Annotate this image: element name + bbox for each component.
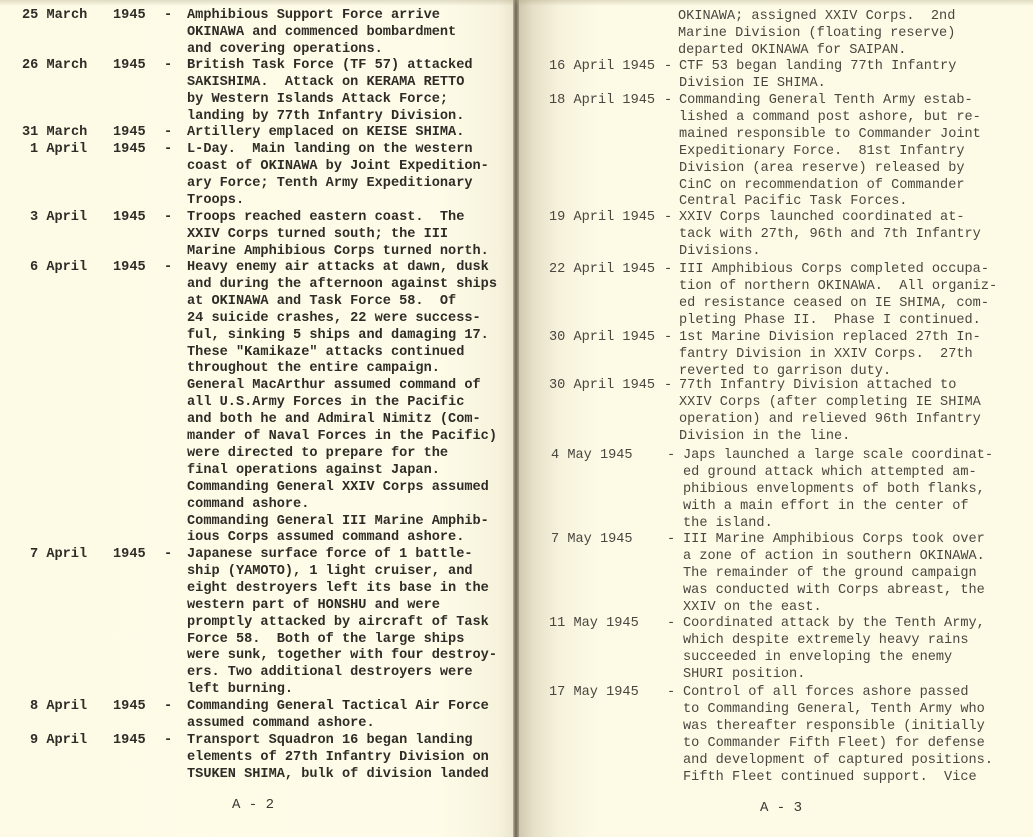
- entry-date: 30 April 1945: [549, 330, 655, 347]
- entry-text-line: ious Corps assumed command ashore.: [187, 530, 464, 547]
- entry-text-line: Expeditionary Force. 81st Infantry: [679, 144, 965, 161]
- entry-date: 25 March: [22, 8, 87, 25]
- entry-text-line: Force 58. Both of the large ships: [187, 632, 464, 649]
- entry-text-line: a zone of action in southern OKINAWA.: [683, 549, 985, 566]
- entry-text-line: TSUKEN SHIMA, bulk of division landed: [187, 767, 489, 784]
- timeline-entry: 6 April1945-Heavy enemy air attacks at d…: [0, 260, 514, 547]
- entry-year: 1945: [113, 260, 146, 277]
- entry-date: 19 April 1945: [549, 210, 655, 227]
- entry-text-line: Commanding General XXIV Corps assumed: [187, 480, 489, 497]
- entry-date: 1 April: [30, 142, 87, 159]
- entry-date: 31 March: [22, 125, 87, 142]
- entry-dash: -: [664, 59, 672, 76]
- entry-text-line: succeeded in enveloping the enemy: [683, 650, 952, 667]
- entry-dash: -: [164, 699, 172, 716]
- entry-text-line: III Marine Amphibious Corps took over: [683, 532, 985, 549]
- timeline-entry: 8 April1945-Commanding General Tactical …: [0, 699, 514, 733]
- entry-year: 1945: [113, 699, 146, 716]
- entry-text-line: Division (area reserve) released by: [679, 161, 965, 178]
- timeline-entry: 9 April1945-Transport Squadron 16 began …: [0, 733, 514, 784]
- entry-dash: -: [667, 532, 675, 549]
- entry-dash: -: [667, 616, 675, 633]
- entry-text-line: Coordinated attack by the Tenth Army,: [683, 616, 985, 633]
- entry-year: 1945: [113, 210, 146, 227]
- entry-text-line: SAKISHIMA. Attack on KERAMA RETTO: [187, 75, 464, 92]
- entry-text-line: OKINAWA and commenced bombardment: [187, 25, 456, 42]
- entry-text-line: General MacArthur assumed command of: [187, 378, 481, 395]
- entry-text-line: Division IE SHIMA.: [679, 76, 826, 93]
- entry-text-line: Japs launched a large scale coordinat-: [683, 448, 993, 465]
- page-number-left: A - 2: [232, 797, 274, 813]
- entry-dash: -: [664, 210, 672, 227]
- entry-date: 30 April 1945: [549, 378, 655, 395]
- entry-dash: -: [164, 8, 172, 25]
- entry-dash: -: [664, 262, 672, 279]
- entry-text-line: XXIV Corps turned south; the III: [187, 227, 448, 244]
- entry-text-line: OKINAWA; assigned XXIV Corps. 2nd: [678, 9, 955, 26]
- entry-text-line: Troops reached eastern coast. The: [187, 210, 464, 227]
- entry-dash: -: [164, 142, 172, 159]
- entry-year: 1945: [113, 8, 146, 25]
- entry-text-line: Commanding General Tactical Air Force: [187, 699, 489, 716]
- entry-date: 16 April 1945: [549, 59, 655, 76]
- entry-text-line: Marine Division (floating reserve): [678, 26, 955, 43]
- entry-text-line: to Commanding General, Tenth Army who: [683, 702, 985, 719]
- entry-text-line: Amphibious Support Force arrive: [187, 8, 440, 25]
- entry-text-line: Fifth Fleet continued support. Vice: [683, 770, 977, 787]
- page-number-right: A - 3: [760, 800, 802, 816]
- entry-text-line: 24 suicide crashes, 22 were success-: [187, 311, 481, 328]
- page-top-shadow: [0, 0, 1033, 6]
- entry-text-line: and both he and Admiral Nimitz (Com-: [187, 412, 481, 429]
- entry-text-line: throughout the entire campaign.: [187, 361, 440, 378]
- timeline-entry: 1 April1945-L-Day. Main landing on the w…: [0, 142, 514, 210]
- entry-text-line: The remainder of the ground campaign: [683, 566, 977, 583]
- entry-text-line: final operations against Japan.: [187, 463, 440, 480]
- entry-text-line: ed resistance ceased on IE SHIMA, com-: [679, 296, 989, 313]
- entry-text-line: the island.: [683, 516, 773, 533]
- entry-dash: -: [164, 547, 172, 564]
- entry-text-line: with a main effort in the center of: [683, 499, 969, 516]
- entry-text-line: were directed to prepare for the: [187, 446, 448, 463]
- entry-text-line: ed ground attack which attempted am-: [683, 465, 977, 482]
- entry-date: 7 April: [30, 547, 87, 564]
- entry-text-line: Troops.: [187, 193, 244, 210]
- entry-text-line: departed OKINAWA for SAIPAN.: [678, 43, 906, 60]
- entry-text-line: tion of northern OKINAWA. All organiz-: [679, 279, 997, 296]
- entry-text-line: landing by 77th Infantry Division.: [187, 109, 464, 126]
- entry-year: 1945: [113, 733, 146, 750]
- entry-date: 9 April: [30, 733, 87, 750]
- entry-year: 1945: [113, 142, 146, 159]
- entry-text-line: western part of HONSHU and were: [187, 598, 440, 615]
- entry-dash: -: [667, 685, 675, 702]
- entry-text-line: promptly attacked by aircraft of Task: [187, 615, 489, 632]
- entry-text-line: elements of 27th Infantry Division on: [187, 750, 489, 767]
- entry-text-line: Central Pacific Task Forces.: [679, 194, 907, 211]
- entry-text-line: British Task Force (TF 57) attacked: [187, 58, 473, 75]
- entry-dash: -: [164, 58, 172, 75]
- entry-text-line: Marine Amphibious Corps turned north.: [187, 244, 489, 261]
- entry-dash: -: [667, 448, 675, 465]
- entry-text-line: tack with 27th, 96th and 7th Infantry: [679, 227, 981, 244]
- entry-text-line: Artillery emplaced on KEISE SHIMA.: [187, 125, 464, 142]
- entry-text-line: pleting Phase II. Phase I continued.: [679, 313, 981, 330]
- entry-dash: -: [664, 378, 672, 395]
- entry-text-line: Japanese surface force of 1 battle-: [187, 547, 473, 564]
- entry-year: 1945: [113, 58, 146, 75]
- entry-text-line: at OKINAWA and Task Force 58. Of: [187, 294, 456, 311]
- entry-text-line: ful, sinking 5 ships and damaging 17.: [187, 328, 489, 345]
- entry-text-line: XXIV Corps launched coordinated at-: [679, 210, 965, 227]
- entry-year: 1945: [113, 125, 146, 142]
- entry-date: 22 April 1945: [549, 262, 655, 279]
- entry-dash: -: [164, 260, 172, 277]
- entry-text-line: 1st Marine Division replaced 27th In-: [679, 330, 981, 347]
- entry-text-line: phibious envelopments of both flanks,: [683, 482, 985, 499]
- entry-text-line: left burning.: [187, 682, 293, 699]
- entry-date: 4 May 1945: [551, 448, 633, 465]
- entry-text-line: These "Kamikaze" attacks continued: [187, 345, 464, 362]
- entry-year: 1945: [113, 547, 146, 564]
- entry-dash: -: [164, 733, 172, 750]
- entry-text-line: all U.S.Army Forces in the Pacific: [187, 395, 464, 412]
- entry-text-line: Transport Squadron 16 began landing: [187, 733, 473, 750]
- entry-text-line: XXIV on the east.: [683, 600, 822, 617]
- entry-text-line: command ashore.: [187, 497, 309, 514]
- entry-dash: -: [164, 210, 172, 227]
- entry-text-line: coast of OKINAWA by Joint Expedition-: [187, 159, 489, 176]
- entry-text-line: Heavy enemy air attacks at dawn, dusk: [187, 260, 489, 277]
- entry-text-line: XXIV Corps (after completing IE SHIMA: [679, 395, 981, 412]
- entry-text-line: SHURI position.: [683, 667, 805, 684]
- entry-date: 26 March: [22, 58, 87, 75]
- entry-text-line: which despite extremely heavy rains: [683, 633, 969, 650]
- entry-text-line: lished a command post ashore, but re-: [679, 110, 981, 127]
- entry-text-line: L-Day. Main landing on the western: [187, 142, 473, 159]
- timeline-entry: 26 March1945-British Task Force (TF 57) …: [0, 58, 514, 126]
- entry-text-line: was conducted with Corps abreast, the: [683, 583, 985, 600]
- entry-dash: -: [664, 330, 672, 347]
- entry-date: 8 April: [30, 699, 87, 716]
- entry-date: 18 April 1945: [549, 93, 655, 110]
- entry-text-line: 77th Infantry Division attached to: [679, 378, 956, 395]
- entry-date: 6 April: [30, 260, 87, 277]
- timeline-entry: 25 March1945-Amphibious Support Force ar…: [0, 8, 514, 59]
- entry-dash: -: [664, 93, 672, 110]
- entry-text-line: were sunk, together with four destroy-: [187, 648, 497, 665]
- entry-text-line: Commanding General Tenth Army estab-: [679, 93, 973, 110]
- entry-text-line: and development of captured positions.: [683, 753, 993, 770]
- entry-date: 7 May 1945: [551, 532, 633, 549]
- entry-text-line: fantry Division in XXIV Corps. 27th: [679, 347, 973, 364]
- entry-text-line: mained responsible to Commander Joint: [679, 127, 981, 144]
- timeline-entry: 31 March1945-Artillery emplaced on KEISE…: [0, 125, 514, 142]
- book-spread: 25 March1945-Amphibious Support Force ar…: [0, 0, 1033, 837]
- entry-text-line: CTF 53 began landing 77th Infantry: [679, 59, 956, 76]
- entry-date: 11 May 1945: [549, 616, 639, 633]
- entry-text-line: Commanding General III Marine Amphib-: [187, 514, 489, 531]
- entry-text-line: operation) and relieved 96th Infantry: [679, 412, 981, 429]
- timeline-entry: 3 April1945-Troops reached eastern coast…: [0, 210, 514, 261]
- entry-text-line: and during the afternoon against ships: [187, 277, 497, 294]
- entry-text-line: eight destroyers left its base in the: [187, 581, 489, 598]
- entry-text-line: mander of Naval Forces in the Pacific): [187, 429, 497, 446]
- timeline-entry: 7 April1945-Japanese surface force of 1 …: [0, 547, 514, 699]
- entry-text-line: ship (YAMOTO), 1 light cruiser, and: [187, 564, 473, 581]
- entry-text-line: III Amphibious Corps completed occupa-: [679, 262, 989, 279]
- entry-text-line: was thereafter responsible (initially: [683, 719, 985, 736]
- entry-text-line: by Western Islands Attack Force;: [187, 92, 448, 109]
- entry-text-line: assumed command ashore.: [187, 716, 375, 733]
- entry-text-line: CinC on recommendation of Commander: [679, 178, 965, 195]
- entry-text-line: and covering operations.: [187, 42, 383, 59]
- entry-date: 17 May 1945: [549, 685, 639, 702]
- entry-date: 3 April: [30, 210, 87, 227]
- entry-text-line: ary Force; Tenth Army Expeditionary: [187, 176, 473, 193]
- entry-text-line: Divisions.: [679, 244, 761, 261]
- entry-text-line: to Commander Fifth Fleet) for defense: [683, 736, 985, 753]
- entry-text-line: Control of all forces ashore passed: [683, 685, 969, 702]
- entry-text-line: Division in the line.: [679, 429, 850, 446]
- entry-dash: -: [164, 125, 172, 142]
- entry-text-line: ers. Two additional destroyers were: [187, 665, 473, 682]
